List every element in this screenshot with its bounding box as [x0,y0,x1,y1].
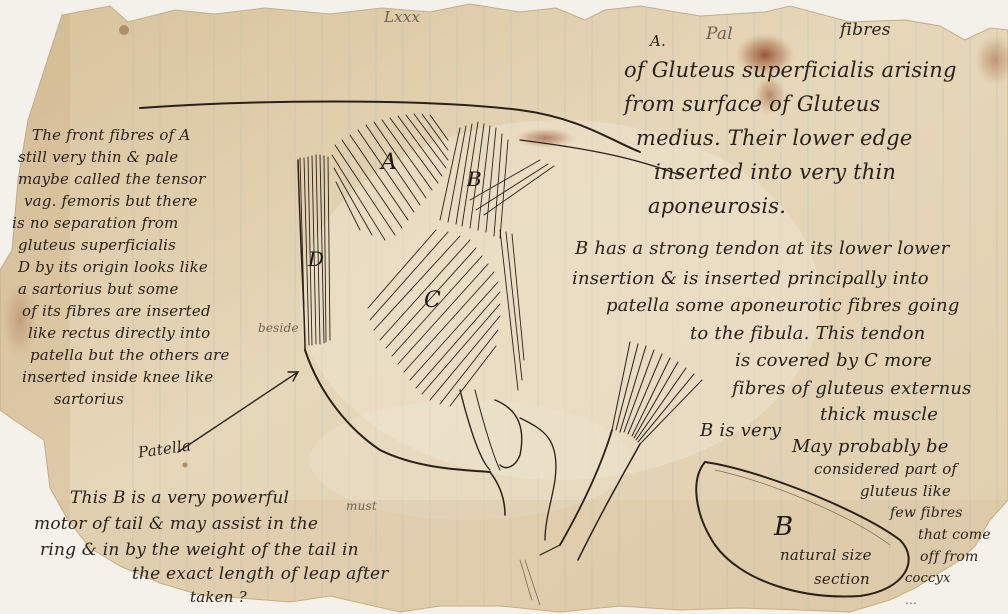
text-line: of Gluteus superficialis arising [624,60,957,81]
text-line: is no separation from [12,216,212,231]
text-line: taken ? [190,590,247,605]
text-line: is covered by C more [735,352,932,370]
text-line: ring & in by the weight of the tail in [40,542,359,559]
text-line: B has a strong tendon at its lower lower [575,240,949,258]
text-line: medius. Their lower edge [636,128,969,149]
text-line: D by its origin looks like [18,260,218,275]
text-line: of its fibres are inserted [22,304,222,319]
text-line: like rectus directly into [28,326,228,341]
text-line: thick muscle [820,406,938,424]
label-a: A. [650,34,666,49]
text-line: off from [920,550,978,564]
muscle-label-d: D [308,247,324,271]
section-caption-section: section [814,572,870,587]
muscle-label-b: B [467,167,482,191]
muscle-label-a: A [381,150,397,175]
muscle-label-c: C [424,288,441,313]
text-line: considered part of [814,462,957,477]
fragment-pal: Pal [706,26,733,43]
text-line: vag. femoris but there [24,194,224,209]
text-line: patella some aponeurotic fibres going [606,297,960,315]
left-paragraph: The front fibres of A still very thin & … [18,128,218,407]
text-line: few fibres [890,506,963,520]
text-line: the exact length of leap after [132,566,389,583]
text-line: gluteus like [860,484,951,499]
text-line: ... [905,594,917,606]
interlinear-note: must [346,500,377,512]
text-line: May probably be [792,438,949,456]
text-line: inserted into very thin [654,162,987,183]
text-line: patella but the others are [30,348,230,363]
margin-note: beside [258,322,299,334]
text-line: The front fibres of A [32,128,232,143]
text-line: This B is a very powerful [70,490,289,507]
text-line: still very thin & pale [18,150,218,165]
text-line: insertion & is inserted principally into [572,270,929,288]
text-line: sartorius [54,392,254,407]
text-line: that come [918,528,991,542]
text-line: inserted inside knee like [22,370,222,385]
fragment-fibres: fibres [840,22,891,39]
text-line: from surface of Gluteus [624,94,957,115]
section-caption-size: natural size [780,548,872,563]
header-word: Lxxx [384,10,420,25]
text-line: B is very [700,422,781,440]
text-line: to the fibula. This tendon [690,325,925,343]
text-line: fibres of gluteus externus [732,380,972,398]
text-line: aponeurosis. [648,196,981,217]
text-line: motor of tail & may assist in the [34,516,318,533]
text-line: coccyx [905,572,951,585]
section-letter: B [774,512,793,542]
text-line: maybe called the tensor [18,172,218,187]
text-line: gluteus superficialis [18,238,218,253]
text-line: a sartorius but some [18,282,218,297]
manuscript-page: Lxxx A B C D A. Pal fibres of Gluteus su… [0,0,1008,614]
top-right-paragraph: of Gluteus superficialis arising from su… [624,60,957,217]
